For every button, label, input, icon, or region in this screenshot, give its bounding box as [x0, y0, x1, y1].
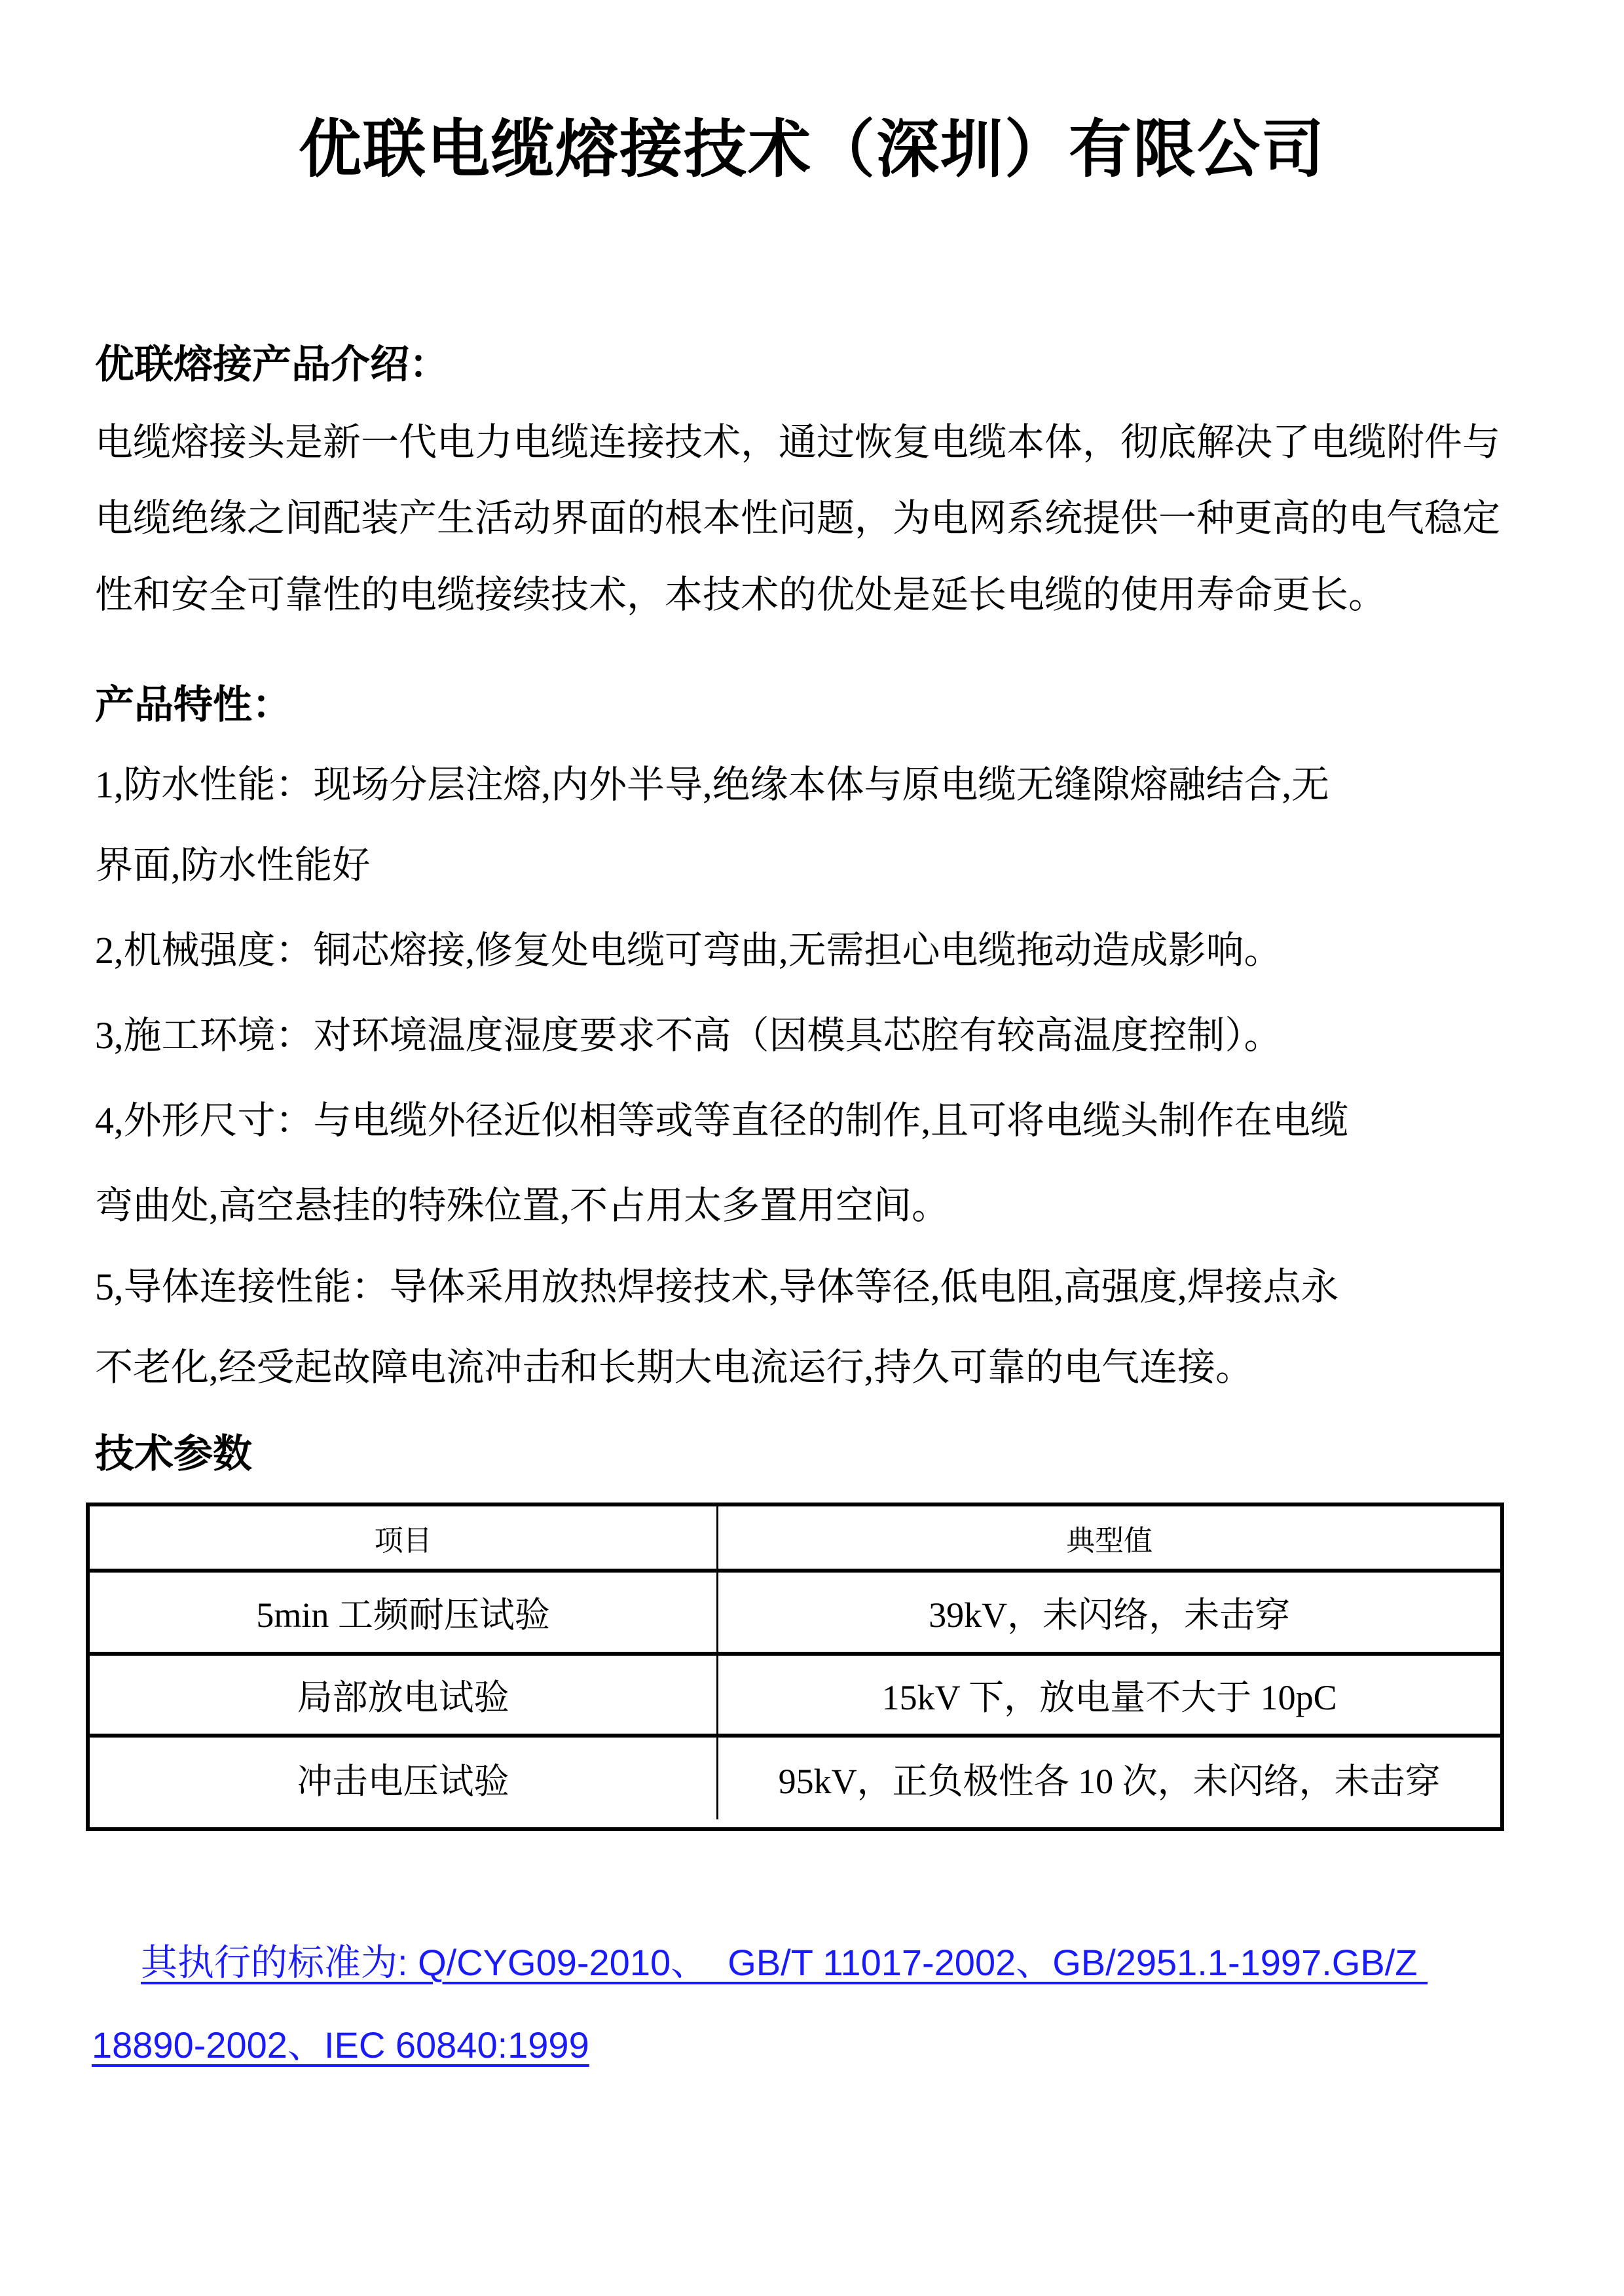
table-cell-value: 15kV 下，放电量不大于 10pC [718, 1656, 1500, 1734]
table-header-row: 项目 典型值 [90, 1506, 1500, 1569]
feature-line: 不老化,经受起故障电流冲击和长期大电流运行,持久可靠的电气连接。 [95, 1346, 1253, 1389]
page-title: 优联电缆熔接技术（深圳）有限公司 [0, 100, 1624, 189]
standards-link-line-1[interactable]: 其执行的标准为: Q/CYG09-2010、 GB/T 11017-2002、G… [141, 1942, 1428, 1984]
table-cell-value: 95kV，正负极性各 10 次，未闪络，未击穿 [718, 1738, 1500, 1819]
feature-line: 弯曲处,高空悬挂的特殊位置,不占用太多置用空间。 [95, 1184, 950, 1228]
table-cell-test: 5min 工频耐压试验 [90, 1573, 718, 1652]
intro-line: 电缆绝缘之间配装产生活动界面的根本性问题，为电网系统提供一种更高的电气稳定 [95, 497, 1500, 540]
specs-heading: 技术参数 [95, 1423, 252, 1479]
standards-link-line-2[interactable]: 18890-2002、IEC 60840:1999 [92, 2024, 589, 2066]
features-heading: 产品特性： [95, 674, 291, 730]
document-page: 优联电缆熔接技术（深圳）有限公司 优联熔接产品介绍： 电缆熔接头是新一代电力电缆… [0, 0, 1624, 2296]
table-header-typical: 典型值 [718, 1506, 1500, 1569]
feature-line: 4,外形尺寸：与电缆外径近似相等或等直径的制作,且可将电缆头制作在电缆 [95, 1099, 1348, 1142]
intro-line: 性和安全可靠性的电缆接续技术，本技术的优处是延长电缆的使用寿命更长。 [95, 574, 1386, 617]
table-row: 冲击电压试验 95kV，正负极性各 10 次，未闪络，未击穿 [90, 1734, 1500, 1819]
table-cell-test: 局部放电试验 [90, 1656, 718, 1734]
feature-line: 5,导体连接性能：导体采用放热焊接技术,导体等径,低电阻,高强度,焊接点永 [95, 1266, 1339, 1309]
table-row: 5min 工频耐压试验 39kV，未闪络，未击穿 [90, 1569, 1500, 1652]
table-cell-test: 冲击电压试验 [90, 1738, 718, 1819]
table-row: 局部放电试验 15kV 下，放电量不大于 10pC [90, 1652, 1500, 1734]
feature-line: 2,机械强度：铜芯熔接,修复处电缆可弯曲,无需担心电缆拖动造成影响。 [95, 929, 1282, 972]
table-header-item: 项目 [90, 1506, 718, 1569]
intro-heading: 优联熔接产品介绍： [95, 333, 449, 390]
feature-line: 1,防水性能：现场分层注熔,内外半导,绝缘本体与原电缆无缝隙熔融结合,无 [95, 763, 1329, 807]
feature-line: 界面,防水性能好 [95, 844, 371, 887]
feature-line: 3,施工环境：对环境温度湿度要求不高（因模具芯腔有较高温度控制）。 [95, 1014, 1282, 1057]
spec-table: 项目 典型值 5min 工频耐压试验 39kV，未闪络，未击穿 局部放电试验 1… [86, 1503, 1504, 1831]
table-cell-value: 39kV，未闪络，未击穿 [718, 1573, 1500, 1652]
intro-line: 电缆熔接头是新一代电力电缆连接技术，通过恢复电缆本体，彻底解决了电缆附件与 [95, 421, 1500, 464]
